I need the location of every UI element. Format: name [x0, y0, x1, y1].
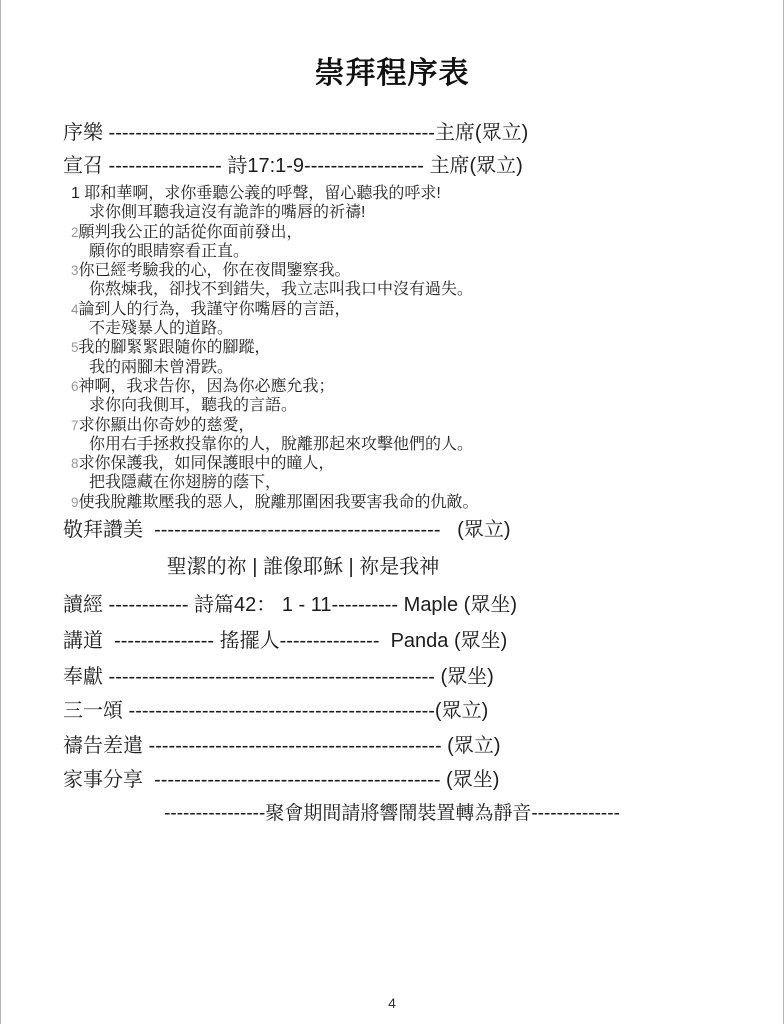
- verse-text: 論到人的行為，我謹守你嘴唇的言語，: [79, 301, 351, 318]
- verse-number: 5: [71, 340, 79, 355]
- verse-text: 你熬煉我，卻找不到錯失，我立志叫我口中沒有過失。: [89, 281, 473, 298]
- verse-text: 你用右手拯救投靠你的人，脫離那起來攻擊他們的人。: [89, 436, 473, 453]
- verse-text: 求你側耳聽我這沒有詭詐的嘴唇的祈禱!: [89, 204, 365, 221]
- verse-text: 願你的眼睛察看正直。: [89, 243, 249, 260]
- program-line-scripture-reading: 讀經 ------------ 詩篇42： 1 - 11---------- M…: [63, 588, 743, 617]
- verse-text: 你已經考驗我的心，你在夜間鑒察我。: [79, 262, 351, 279]
- page-title: 崇拜程序表: [1, 48, 783, 92]
- scripture-line: 把我隱藏在你翅膀的蔭下，: [71, 473, 743, 492]
- verse-text: 願判我公正的話從你面前發出，: [79, 224, 303, 241]
- verse-number: 8: [71, 456, 79, 471]
- scripture-line: 不走殘暴人的道路。: [71, 319, 743, 338]
- verse-text: 我的腳緊緊跟隨你的腳蹤，: [79, 339, 271, 356]
- scripture-line: 我的兩腳未曾滑跌。: [71, 358, 743, 377]
- scripture-line: 4論到人的行為，我謹守你嘴唇的言語，: [71, 300, 743, 319]
- verse-number: 4: [71, 302, 79, 317]
- scripture-line: 9使我脫離欺壓我的惡人，脫離那圍困我要害我命的仇敵。: [71, 493, 743, 512]
- verse-text: 把我隱藏在你翅膀的蔭下，: [89, 474, 281, 491]
- program-line-announcements: 家事分享 -----------------------------------…: [63, 763, 743, 792]
- scripture-line: 求你向我側耳，聽我的言語。: [71, 396, 743, 415]
- scripture-line: 5我的腳緊緊跟隨你的腳蹤，: [71, 338, 743, 357]
- verse-text: 求你向我側耳，聽我的言語。: [89, 397, 297, 414]
- program-line-prayer-sending: 禱告差遣 -----------------------------------…: [63, 729, 743, 758]
- scripture-line: 你用右手拯救投靠你的人，脫離那起來攻擊他們的人。: [71, 435, 743, 454]
- verse-number: 7: [71, 418, 79, 433]
- scripture-passage: 1 耶和華啊，求你垂聽公義的呼聲，留心聽我的呼求! 求你側耳聽我這沒有詭詐的嘴唇…: [71, 184, 743, 512]
- scripture-line: 7求你顯出你奇妙的慈愛，: [71, 416, 743, 435]
- program-line-praise: 敬拜讚美 -----------------------------------…: [63, 513, 743, 542]
- scripture-line: 8求你保護我，如同保護眼中的瞳人，: [71, 454, 743, 473]
- verse-number: 6: [71, 379, 79, 394]
- verse-text: 1 耶和華啊，求你垂聽公義的呼聲，留心聽我的呼求!: [71, 185, 441, 202]
- verse-text: 使我脫離欺壓我的惡人，脫離那圍困我要害我命的仇敵。: [79, 494, 479, 511]
- program-line-offering: 奉獻 -------------------------------------…: [63, 660, 743, 689]
- program-line-sermon: 講道 --------------- 搖擺人--------------- Pa…: [63, 624, 743, 653]
- scripture-line: 6神啊，我求告你，因為你必應允我；: [71, 377, 743, 396]
- verse-text: 求你保護我，如同保護眼中的瞳人，: [79, 455, 335, 472]
- worship-program-page: 崇拜程序表 序樂 -------------------------------…: [0, 0, 784, 1024]
- verse-text: 神啊，我求告你，因為你必應允我；: [79, 378, 335, 395]
- program-line-doxology: 三一頌 ------------------------------------…: [63, 694, 743, 723]
- song-list: 聖潔的祢 | 誰像耶穌 | 祢是我神: [63, 550, 543, 579]
- program-line-call-to-worship: 宣召 ----------------- 詩17:1-9------------…: [63, 149, 743, 178]
- verse-text: 我的兩腳未曾滑跌。: [89, 359, 233, 376]
- mute-notice: ----------------聚會期間請將響鬧裝置轉為靜音----------…: [1, 798, 783, 825]
- verse-number: 2: [71, 225, 79, 240]
- verse-text: 求你顯出你奇妙的慈愛，: [79, 417, 255, 434]
- program-line-prelude: 序樂 -------------------------------------…: [63, 116, 743, 145]
- scripture-line: 你熬煉我，卻找不到錯失，我立志叫我口中沒有過失。: [71, 280, 743, 299]
- scripture-line: 3你已經考驗我的心，你在夜間鑒察我。: [71, 261, 743, 280]
- scripture-line: 1 耶和華啊，求你垂聽公義的呼聲，留心聽我的呼求!: [71, 184, 743, 203]
- scripture-line: 求你側耳聽我這沒有詭詐的嘴唇的祈禱!: [71, 203, 743, 222]
- verse-number: 9: [71, 495, 79, 510]
- verse-number: 3: [71, 263, 79, 278]
- scripture-line: 2願判我公正的話從你面前發出，: [71, 223, 743, 242]
- verse-text: 不走殘暴人的道路。: [89, 320, 233, 337]
- page-number: 4: [1, 995, 783, 1011]
- scripture-line: 願你的眼睛察看正直。: [71, 242, 743, 261]
